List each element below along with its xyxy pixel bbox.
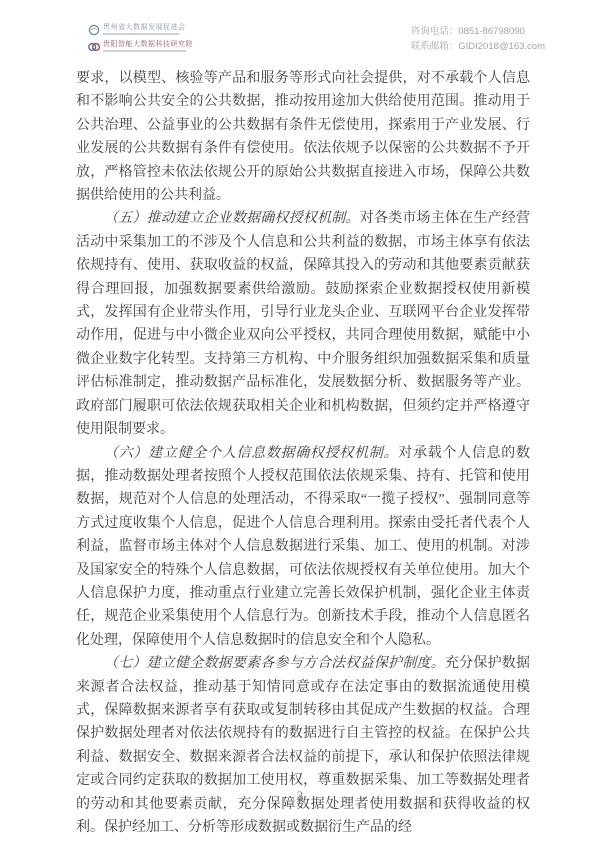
contact-email-line: 联系邮箱：GIDI2018@163.com — [411, 39, 545, 54]
interlocked-rings-icon — [88, 41, 100, 53]
section-heading: （六）建立健全个人信息数据确权授权机制。 — [104, 446, 398, 461]
logo-association: 贵州省大数据发展促进会 — [88, 24, 193, 36]
paragraph: （五）推动建立企业数据确权授权机制。对各类市场主体在生产经营活动中采集加工的不涉… — [76, 207, 530, 441]
association-logo-name: 贵州省大数据发展促进会 — [103, 24, 186, 32]
section-heading: （五）推动建立企业数据确权授权机制。 — [104, 211, 360, 226]
letterhead-logos: 贵州省大数据发展促进会 贵阳智能大数据科技研究院 — [88, 24, 193, 53]
contact-phone-value: 0851-86798090 — [458, 26, 525, 37]
body-text-run: 对承载个人信息的数据，推动数据处理者按照个人授权范围依法依规采集、持有、托管和使… — [76, 446, 530, 648]
document-page: 贵州省大数据发展促进会 贵阳智能大数据科技研究院 咨询电话：0851-86798… — [0, 0, 600, 848]
association-logo-texts: 贵州省大数据发展促进会 — [103, 24, 186, 35]
association-emblem-icon — [88, 24, 100, 36]
institute-logo-subtitle-line — [103, 50, 186, 52]
institute-logo-texts: 贵阳智能大数据科技研究院 — [103, 41, 193, 52]
contact-phone-line: 咨询电话：0851-86798090 — [411, 24, 545, 39]
contact-info: 咨询电话：0851-86798090 联系邮箱：GIDI2018@163.com — [411, 24, 545, 54]
paragraph: 要求，以模型、核验等产品和服务等形式向社会提供，对不承载个人信息和不影响公共安全… — [76, 67, 530, 207]
page-number: 3 — [297, 788, 304, 803]
institute-logo-name: 贵阳智能大数据科技研究院 — [103, 41, 193, 49]
contact-phone-label: 咨询电话： — [411, 26, 459, 37]
logo-institute: 贵阳智能大数据科技研究院 — [88, 41, 193, 53]
page-footer: 3 — [0, 788, 600, 804]
document-body: 要求，以模型、核验等产品和服务等形式向社会提供，对不承载个人信息和不影响公共安全… — [76, 67, 530, 839]
page-header: 贵州省大数据发展促进会 贵阳智能大数据科技研究院 咨询电话：0851-86798… — [88, 24, 545, 54]
paragraph: （七）建立健全数据要素各参与方合法权益保护制度。充分保护数据来源者合法权益，推动… — [76, 652, 530, 839]
section-heading: （七）建立健全数据要素各参与方合法权益保护制度。 — [104, 656, 445, 671]
contact-email-label: 联系邮箱： — [411, 41, 459, 52]
body-text-run: 对各类市场主体在生产经营活动中采集加工的不涉及个人信息和公共利益的数据，市场主体… — [76, 211, 530, 437]
body-text-run: 要求，以模型、核验等产品和服务等形式向社会提供，对不承载个人信息和不影响公共安全… — [76, 71, 530, 203]
body-text-run: 充分保护数据来源者合法权益，推动基于知情同意或存在法定事由的数据流通使用模式，保… — [76, 656, 530, 835]
association-logo-subtitle-line — [103, 33, 179, 35]
contact-email-value: GIDI2018@163.com — [458, 41, 545, 52]
paragraph: （六）建立健全个人信息数据确权授权机制。对承载个人信息的数据，推动数据处理者按照… — [76, 442, 530, 653]
